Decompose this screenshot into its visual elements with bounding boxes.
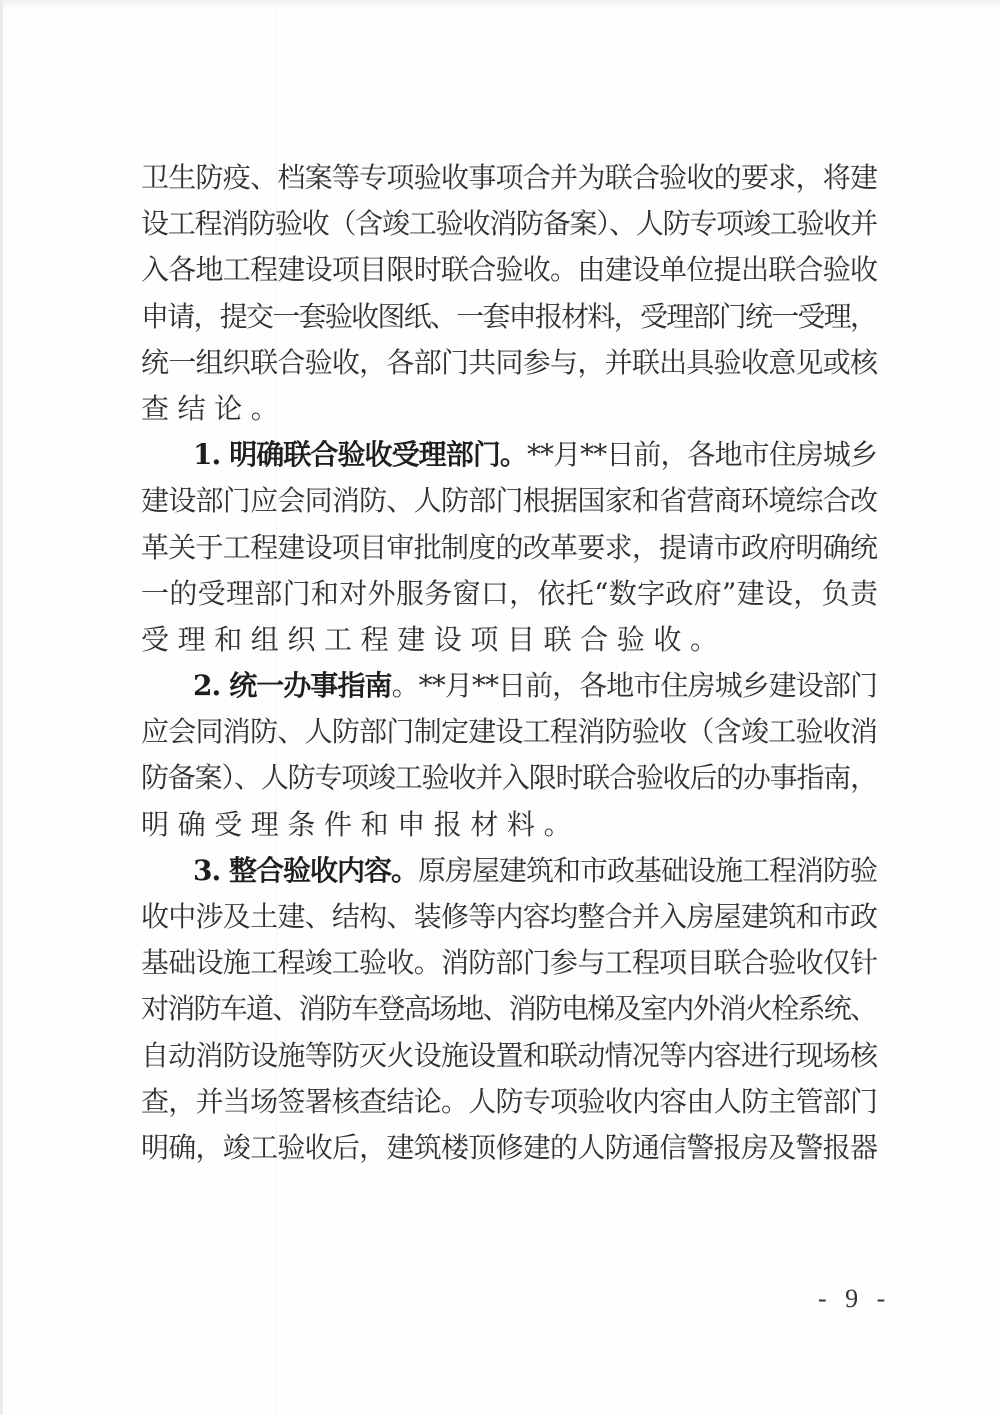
paragraph-first-line: 2. 统一办事指南。**月**日前，各地市住房城乡建设部门: [141, 663, 878, 709]
paragraph-continuation: 卫生防疫、档案等专项验收事项合并为联合验收的要求，将建 设工程消防验收（含竣工验…: [141, 155, 878, 432]
scan-artifact-top: [0, 0, 1000, 8]
paragraph-item-2: 2. 统一办事指南。**月**日前，各地市住房城乡建设部门 应会同消防、人防部门…: [141, 663, 878, 848]
text-line: 入各地工程建设项目限时联合验收。由建设单位提出联合验收: [141, 247, 878, 293]
item-text: **月**日前，各地市住房城乡: [527, 438, 877, 471]
text-line: 查，并当场签署核查结论。人防专项验收内容由人防主管部门: [141, 1079, 878, 1125]
paragraph-item-1: 1. 明确联合验收受理部门。**月**日前，各地市住房城乡 建设部门应会同消防、…: [141, 432, 878, 663]
text-line: 革关于工程建设项目审批制度的改革要求，提请市政府明确统: [141, 525, 878, 571]
scan-artifact-left-edge: [0, 0, 3, 1415]
text-line: 明确，竣工验收后，建筑楼顶修建的人防通信警报房及警报器: [141, 1125, 878, 1171]
item-text: 原房屋建筑和市政基础设施工程消防验: [418, 854, 877, 887]
text-line: 自动消防设施等防灭火设施设置和联动情况等内容进行现场核: [141, 1033, 878, 1079]
document-page: 卫生防疫、档案等专项验收事项合并为联合验收的要求，将建 设工程消防验收（含竣工验…: [0, 0, 1000, 1415]
item-text: 。**月**日前，各地市住房城乡建设部门: [392, 669, 877, 702]
item-heading: 3. 整合验收内容。: [193, 854, 418, 887]
document-body: 卫生防疫、档案等专项验收事项合并为联合验收的要求，将建 设工程消防验收（含竣工验…: [141, 155, 878, 1171]
paragraph-first-line: 1. 明确联合验收受理部门。**月**日前，各地市住房城乡: [141, 432, 878, 478]
text-line: 收中涉及土建、结构、装修等内容均整合并入房屋建筑和市政: [141, 894, 878, 940]
text-line: 对消防车道、消防车登高场地、消防电梯及室内外消火栓系统、: [141, 986, 878, 1032]
text-line: 卫生防疫、档案等专项验收事项合并为联合验收的要求，将建: [141, 155, 878, 201]
text-line: 受理和组织工程建设项目联合验收。: [141, 617, 878, 663]
text-line: 建设部门应会同消防、人防部门根据国家和省营商环境综合改: [141, 478, 878, 524]
page-number: - 9 -: [818, 1284, 891, 1314]
text-line: 申请，提交一套验收图纸、一套申报材料，受理部门统一受理，: [141, 294, 878, 340]
text-line: 设工程消防验收（含竣工验收消防备案）、人防专项竣工验收并: [141, 201, 878, 247]
text-line: 明确受理条件和申报材料。: [141, 802, 878, 848]
text-line: 统一组织联合验收，各部门共同参与，并联出具验收意见或核: [141, 340, 878, 386]
text-line: 应会同消防、人防部门制定建设工程消防验收（含竣工验收消: [141, 709, 878, 755]
item-heading: 2. 统一办事指南: [193, 669, 392, 702]
text-line: 防备案）、人防专项竣工验收并入限时联合验收后的办事指南，: [141, 755, 878, 801]
item-heading: 1. 明确联合验收受理部门。: [193, 438, 527, 471]
text-line: 查结论。: [141, 386, 878, 432]
paragraph-first-line: 3. 整合验收内容。原房屋建筑和市政基础设施工程消防验: [141, 848, 878, 894]
paragraph-item-3: 3. 整合验收内容。原房屋建筑和市政基础设施工程消防验 收中涉及土建、结构、装修…: [141, 848, 878, 1171]
text-line: 基础设施工程竣工验收。消防部门参与工程项目联合验收仅针: [141, 940, 878, 986]
text-line: 一的受理部门和对外服务窗口，依托“数字政府”建设，负责: [141, 571, 878, 617]
